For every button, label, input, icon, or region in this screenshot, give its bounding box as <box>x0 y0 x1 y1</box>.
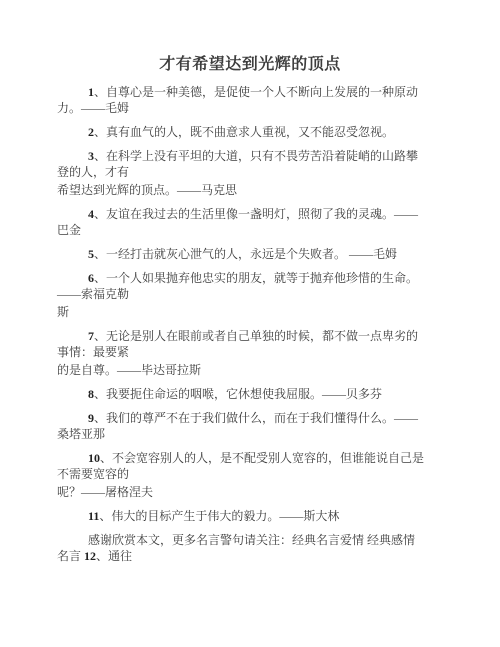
text-line: 斯 <box>57 304 443 320</box>
quote-text: 斯 <box>57 305 69 319</box>
text-line: 巴金 <box>57 222 443 238</box>
quote-text: 、通往 <box>96 549 132 563</box>
text-line: 8、我要扼住命运的咽喉，它休想使我屈服。——贝多芬 <box>57 386 443 402</box>
quote-text: 、我要扼住命运的咽喉，它休想使我屈服。——贝多芬 <box>94 387 382 401</box>
quote-paragraph: 斯 <box>57 304 443 320</box>
quote-text: 感谢欣赏本文，更多名言警句请关注：经典名言爱情 经典感情 <box>88 533 415 547</box>
quote-number: 11 <box>88 509 99 523</box>
text-line: 桑塔亚那 <box>57 426 443 442</box>
text-line: 力。——毛姆 <box>57 100 443 116</box>
text-line: 3、在科学上没有平坦的大道，只有不畏劳苦沿着陡峭的山路攀 <box>57 148 443 164</box>
quote-text: 、我们的尊严不在于我们做什么，而在于我们懂得什么。—— <box>94 411 418 425</box>
text-line: 2、真有血气的人，既不曲意求人重视，又不能忍受忽视。 <box>57 124 443 140</box>
text-line: 7、无论是别人在眼前或者自己单独的时候，都不做一点卑劣的 <box>57 328 443 344</box>
quote-text: 呢？——屠格涅夫 <box>57 485 153 499</box>
document-title: 才有希望达到光辉的顶点 <box>57 54 443 76</box>
text-line: 9、我们的尊严不在于我们做什么，而在于我们懂得什么。—— <box>57 410 443 426</box>
text-line: ——索福克勒 <box>57 286 443 302</box>
quote-text: 、友谊在我过去的生活里像一盏明灯，照彻了我的灵魂。—— <box>94 207 418 221</box>
quote-paragraph: 5、一经打击就灰心泄气的人，永远是个失败者。 ——毛姆 <box>57 246 443 262</box>
quote-paragraph: 7、无论是别人在眼前或者自己单独的时候，都不做一点卑劣的事情：最要紧 <box>57 328 443 360</box>
quote-text: 力。——毛姆 <box>57 101 129 115</box>
quote-paragraph: 8、我要扼住命运的咽喉，它休想使我屈服。——贝多芬 <box>57 386 443 402</box>
text-line: 事情：最要紧 <box>57 344 443 360</box>
quote-text: 的是自尊。——毕达哥拉斯 <box>57 363 201 377</box>
quote-text: 登的人，才有 <box>57 165 129 179</box>
quote-text: 桑塔亚那 <box>57 427 105 441</box>
quote-text: 不需要宽容的 <box>57 467 129 481</box>
quote-paragraph: 呢？——屠格涅夫 <box>57 484 443 500</box>
text-line: 11、伟大的目标产生于伟大的毅力。——斯大林 <box>57 508 443 524</box>
quote-text: 、真有血气的人，既不曲意求人重视，又不能忍受忽视。 <box>94 125 394 139</box>
quote-text: 事情：最要紧 <box>57 345 129 359</box>
quote-number: 12 <box>84 549 96 563</box>
document-page: 才有希望达到光辉的顶点 1、自尊心是一种美德，是促使一个人不断向上发展的一种原动… <box>0 0 500 647</box>
text-line: 的是自尊。——毕达哥拉斯 <box>57 362 443 378</box>
text-line: 4、友谊在我过去的生活里像一盏明灯，照彻了我的灵魂。—— <box>57 206 443 222</box>
text-line: 登的人，才有 <box>57 164 443 180</box>
text-line: 呢？——屠格涅夫 <box>57 484 443 500</box>
quote-paragraph: 10、不会宽容别人的人，是不配受别人宽容的，但谁能说自己是不需要宽容的 <box>57 450 443 482</box>
quote-paragraph: 4、友谊在我过去的生活里像一盏明灯，照彻了我的灵魂。——巴金 <box>57 206 443 238</box>
quote-text: ——索福克勒 <box>57 287 129 301</box>
quote-paragraph: 11、伟大的目标产生于伟大的毅力。——斯大林 <box>57 508 443 524</box>
quote-text: 、自尊心是一种美德，是促使一个人不断向上发展的一种原动 <box>94 85 418 99</box>
quote-paragraph: 感谢欣赏本文，更多名言警句请关注：经典名言爱情 经典感情名言 12、通往 <box>57 532 443 564</box>
quote-paragraph: 2、真有血气的人，既不曲意求人重视，又不能忍受忽视。 <box>57 124 443 140</box>
text-line: 6、一个人如果抛弃他忠实的朋友，就等于抛弃他珍惜的生命。 <box>57 270 443 286</box>
quote-paragraph: 1、自尊心是一种美德，是促使一个人不断向上发展的一种原动力。——毛姆 <box>57 84 443 116</box>
quote-paragraph: 3、在科学上没有平坦的大道，只有不畏劳苦沿着陡峭的山路攀登的人，才有 <box>57 148 443 180</box>
text-line: 不需要宽容的 <box>57 466 443 482</box>
quote-paragraph: 的是自尊。——毕达哥拉斯 <box>57 362 443 378</box>
quote-paragraph: 6、一个人如果抛弃他忠实的朋友，就等于抛弃他珍惜的生命。——索福克勒 <box>57 270 443 302</box>
quote-text: 、一个人如果抛弃他忠实的朋友，就等于抛弃他珍惜的生命。 <box>94 271 418 285</box>
quote-text: 名言 <box>57 549 84 563</box>
document-body: 1、自尊心是一种美德，是促使一个人不断向上发展的一种原动力。——毛姆2、真有血气… <box>57 84 443 564</box>
quote-text: 、一经打击就灰心泄气的人，永远是个失败者。 ——毛姆 <box>94 247 397 261</box>
quote-text: 巴金 <box>57 223 81 237</box>
text-line: 1、自尊心是一种美德，是促使一个人不断向上发展的一种原动 <box>57 84 443 100</box>
text-line: 感谢欣赏本文，更多名言警句请关注：经典名言爱情 经典感情 <box>57 532 443 548</box>
text-line: 希望达到光辉的顶点。——马克思 <box>57 182 443 198</box>
quote-paragraph: 希望达到光辉的顶点。——马克思 <box>57 182 443 198</box>
text-line: 5、一经打击就灰心泄气的人，永远是个失败者。 ——毛姆 <box>57 246 443 262</box>
quote-text: 、无论是别人在眼前或者自己单独的时候，都不做一点卑劣的 <box>94 329 418 343</box>
quote-text: 、伟大的目标产生于伟大的毅力。——斯大林 <box>99 509 339 523</box>
quote-text: 、不会宽容别人的人，是不配受别人宽容的，但谁能说自己是 <box>100 451 424 465</box>
quote-text: 希望达到光辉的顶点。——马克思 <box>57 183 237 197</box>
quote-paragraph: 9、我们的尊严不在于我们做什么，而在于我们懂得什么。——桑塔亚那 <box>57 410 443 442</box>
text-line: 10、不会宽容别人的人，是不配受别人宽容的，但谁能说自己是 <box>57 450 443 466</box>
quote-number: 10 <box>88 451 100 465</box>
quote-text: 、在科学上没有平坦的大道，只有不畏劳苦沿着陡峭的山路攀 <box>94 149 418 163</box>
text-line: 名言 12、通往 <box>57 548 443 564</box>
